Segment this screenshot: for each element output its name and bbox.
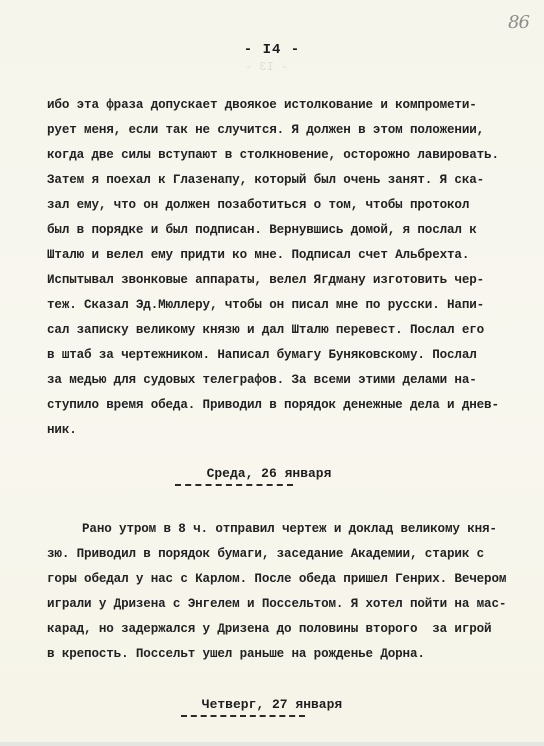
text-line: Испытывал звонковые аппараты, велел Ягдм…	[47, 268, 517, 293]
heading-thursday-text: Четверг, 27 января	[202, 697, 342, 712]
text-line: играли у Дризена с Энгелем и Поссельтом.…	[47, 592, 527, 617]
text-line: теж. Сказал Эд.Мюллеру, чтобы он писал м…	[47, 293, 517, 318]
page-number: - I4 -	[0, 42, 544, 58]
dashed-underline	[181, 715, 305, 717]
dashed-underline	[175, 484, 293, 486]
text-line: Шталю и велел ему придти ко мне. Подписа…	[47, 243, 517, 268]
text-line: когда две силы вступают в столкновение, …	[47, 143, 517, 168]
bleed-through-page-number: - I3 -	[245, 60, 288, 74]
heading-wednesday-text: Среда, 26 января	[207, 466, 332, 481]
heading-thursday: Четверг, 27 января	[0, 697, 544, 717]
paragraph-2: Рано утром в 8 ч. отправил чертеж и докл…	[47, 517, 527, 667]
page-edge	[0, 742, 544, 746]
text-line: сал записку великому князю и дал Шталю п…	[47, 318, 517, 343]
text-line: в крепость. Поссельт ушел раньше на рожд…	[47, 642, 527, 667]
text-line: за медью для судовых телеграфов. За всем…	[47, 368, 517, 393]
text-line: ник.	[47, 418, 517, 443]
text-line: карад, но задержался у Дризена до полови…	[47, 617, 527, 642]
paragraph-1: ибо эта фраза допускает двоякое истолков…	[47, 93, 517, 443]
text-line: ибо эта фраза допускает двоякое истолков…	[47, 93, 517, 118]
text-line: в штаб за чертежником. Написал бумагу Бу…	[47, 343, 517, 368]
text-line: горы обедал у нас с Карлом. После обеда …	[47, 567, 527, 592]
text-line: зал ему, что он должен позаботиться о то…	[47, 193, 517, 218]
text-line: ступило время обеда. Приводил в порядок …	[47, 393, 517, 418]
archive-folio-number: 86	[508, 12, 529, 33]
text-line: Рано утром в 8 ч. отправил чертеж и докл…	[47, 517, 527, 542]
text-line: Затем я поехал к Глазенапу, который был …	[47, 168, 517, 193]
text-line: был в порядке и был подписан. Вернувшись…	[47, 218, 517, 243]
text-line: рует меня, если так не случится. Я долже…	[47, 118, 517, 143]
heading-wednesday: Среда, 26 января	[0, 466, 544, 486]
text-line: зю. Приводил в порядок бумаги, заседание…	[47, 542, 527, 567]
document-page: - I3 - 86 - I4 - ибо эта фраза допускает…	[0, 0, 544, 746]
